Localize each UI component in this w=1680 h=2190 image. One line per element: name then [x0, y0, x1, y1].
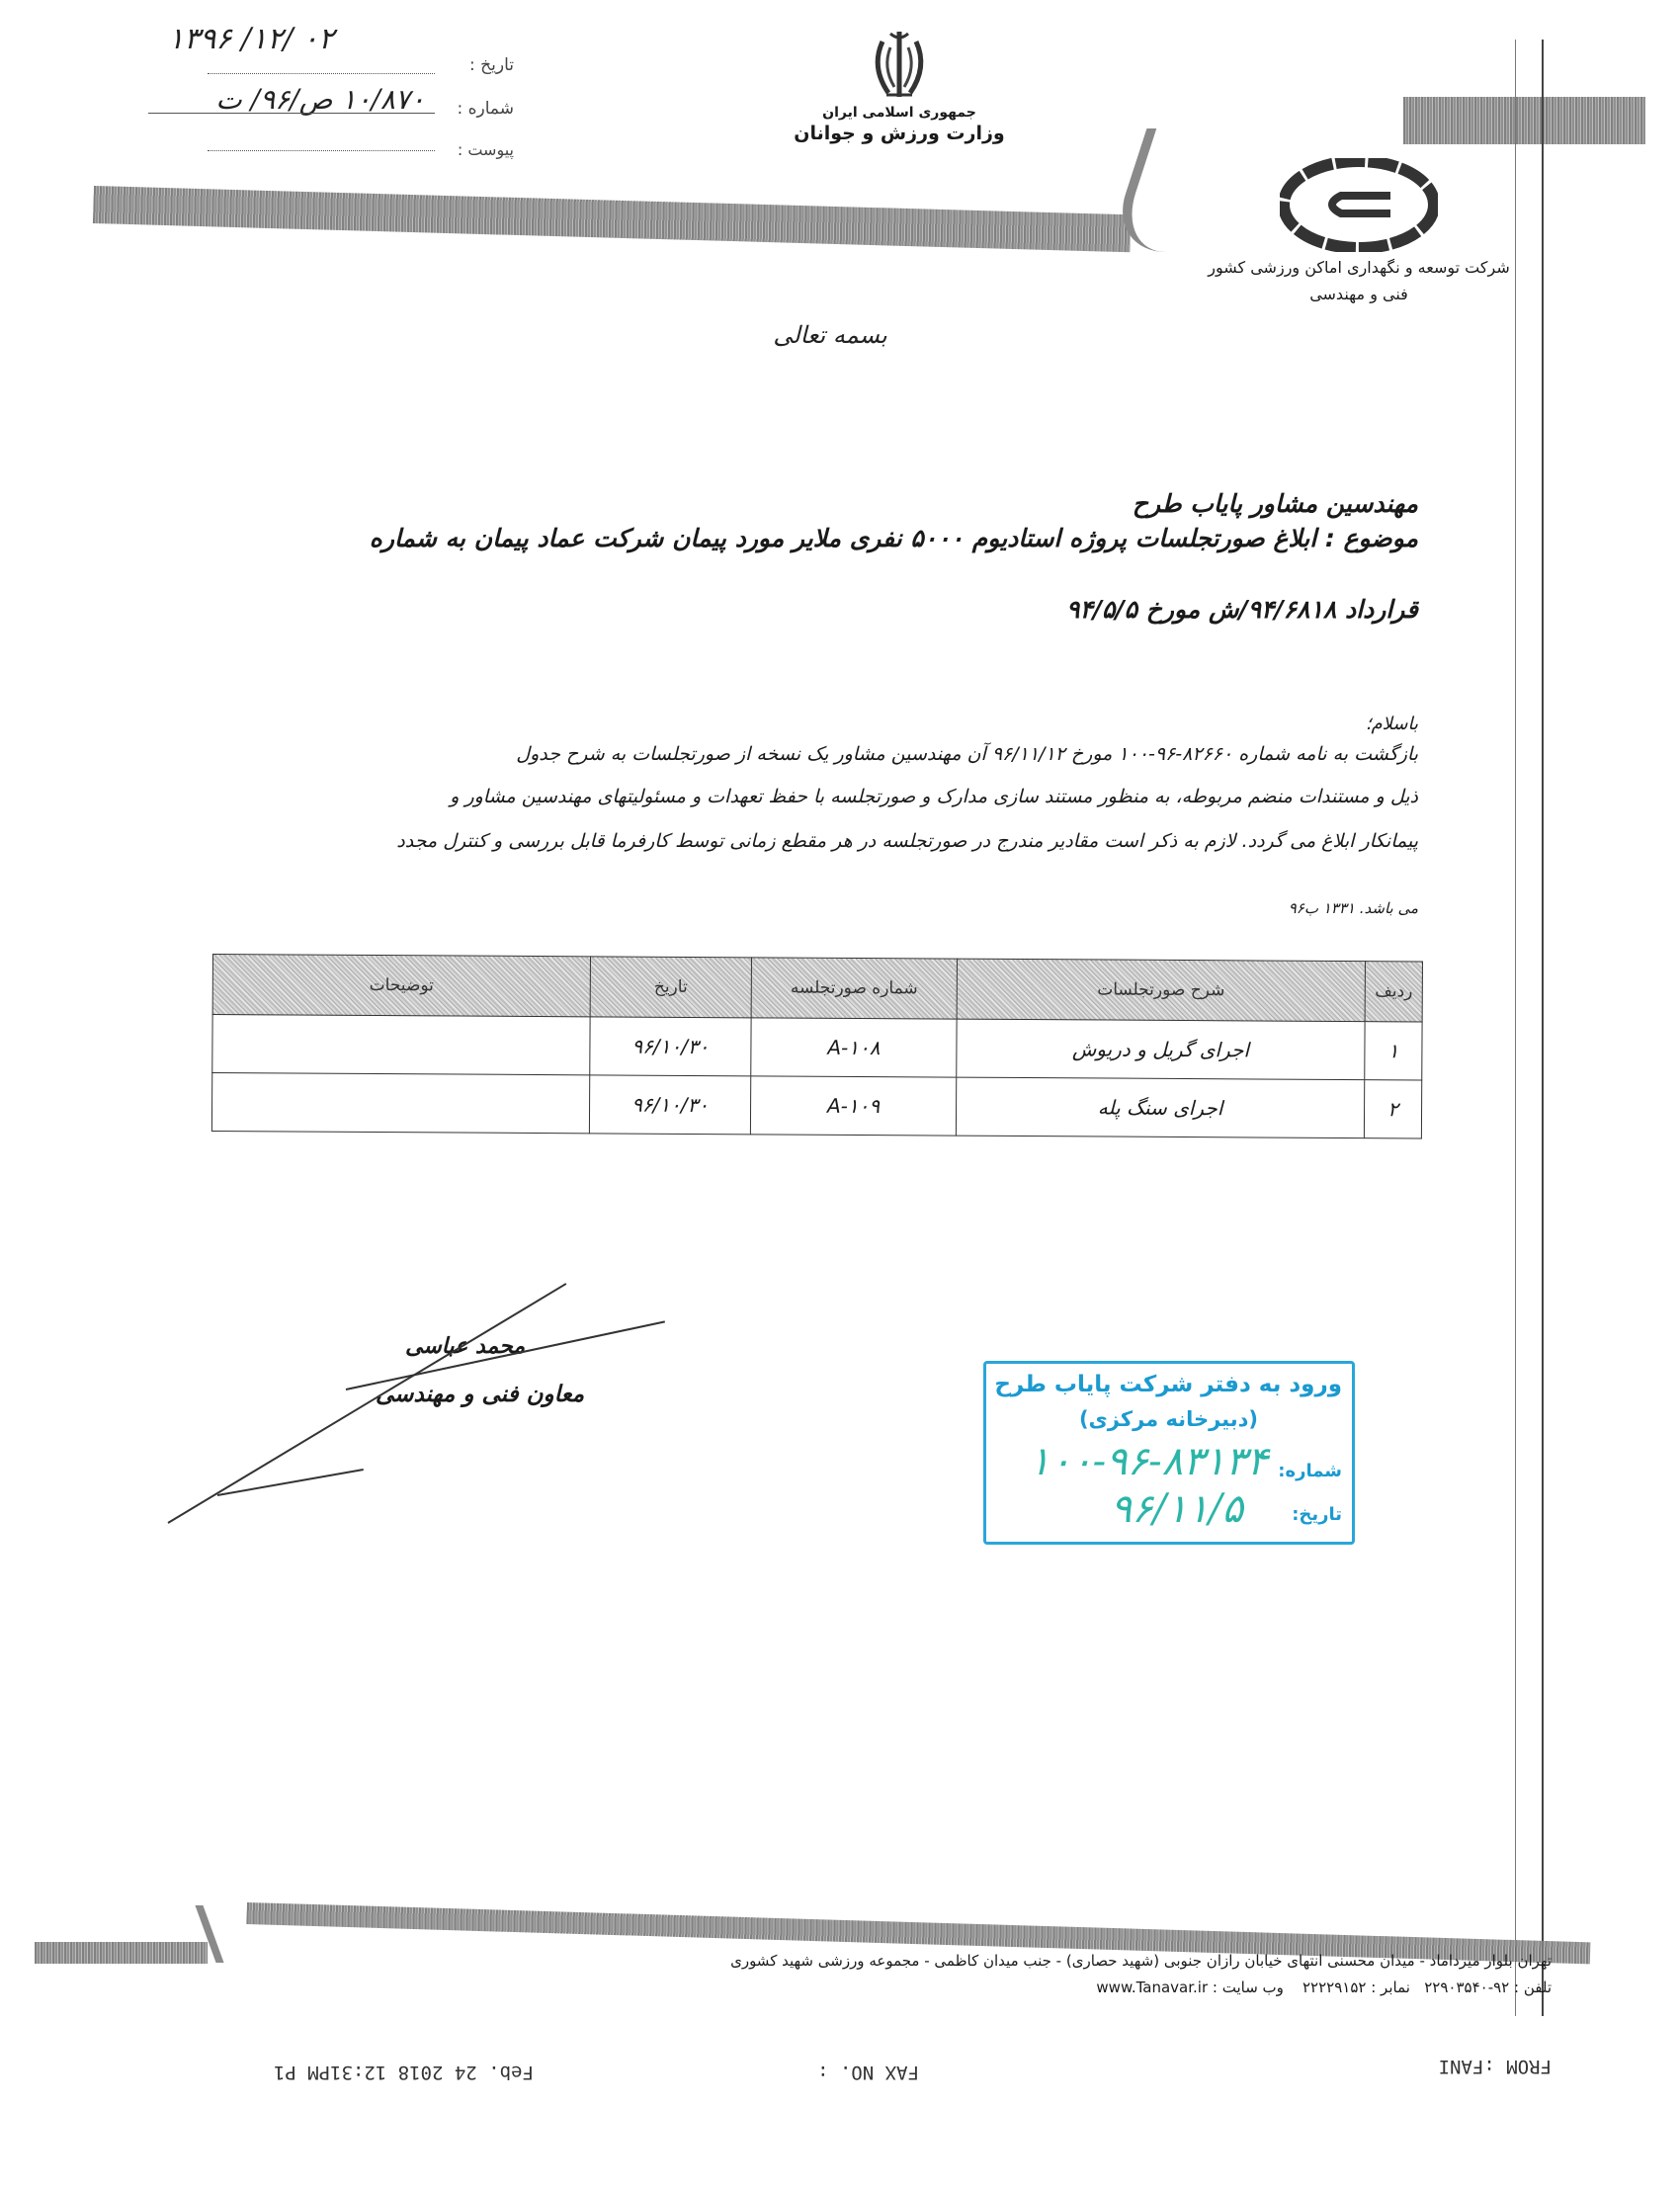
fax-value: ۲۲۲۲۹۱۵۲	[1302, 1979, 1366, 1996]
footer-address: تهران بلوار میرداماد - میدان محسنی انتها…	[730, 1952, 1552, 1970]
signer-title: معاون فنی و مهندسی	[376, 1382, 584, 1407]
table-row: ۲ اجرای سنگ پله A-۱۰۹ ۹۶/۱۰/۳۰	[211, 1073, 1421, 1138]
cell-notes	[211, 1073, 589, 1134]
number-label: شماره :	[458, 99, 515, 119]
cell-notes	[212, 1015, 590, 1075]
date-value: ۱۳۹۶ /۱۲/ ۰۲	[168, 22, 334, 56]
fax-artifact-line	[1542, 40, 1544, 2016]
top-decorative-band-right	[1403, 97, 1645, 144]
stamp-line1: ورود به دفتر شرکت پایاب طرح	[994, 1372, 1342, 1397]
subject: موضوع : ابلاغ صورتجلسات پروژه استادیوم ۵…	[242, 524, 1418, 552]
company-logo-icon	[1280, 158, 1438, 252]
phone-value: ۹۲-۲۲۹۰۳۵۴۰	[1424, 1979, 1509, 1996]
footer-contact: تلفن : ۹۲-۲۲۹۰۳۵۴۰ نمابر : ۲۲۲۲۹۱۵۲ وب س…	[1096, 1979, 1552, 1996]
body-line-4: می باشد. ۱۳۳۱ ب۹۶	[1289, 899, 1418, 917]
ministry-text: وزارت ورزش و جوانان	[781, 123, 1018, 144]
cell-date: ۹۶/۱۰/۳۰	[590, 1017, 751, 1076]
signature-stroke	[346, 1320, 665, 1390]
received-stamp: ورود به دفتر شرکت پایاب طرح (دبیرخانه مر…	[983, 1361, 1355, 1545]
number-value: ۱۰/۸۷۰ ص/۹۶/ ت	[158, 83, 425, 116]
stamp-date-label: تاریخ:	[1292, 1504, 1342, 1525]
bottom-decorative-band-left	[35, 1942, 208, 1964]
date-label: تاریخ :	[469, 55, 514, 75]
cell-row-no: ۱	[1365, 1022, 1422, 1080]
col-date: تاریخ	[590, 957, 751, 1018]
cell-minutes-number: A-۱۰۹	[750, 1076, 956, 1136]
cell-description: اجرای سنگ پله	[956, 1077, 1364, 1138]
fax-label: نمابر :	[1371, 1979, 1410, 1996]
col-description: شرح صورتجلسات	[957, 959, 1365, 1022]
company-header: شرکت توسعه و نگهداری اماکن ورزشی کشور فن…	[1181, 158, 1537, 326]
ministry-header: جمهوری اسلامی ایران وزارت ورزش و جوانان	[781, 28, 1018, 176]
phone-label: تلفن :	[1514, 1979, 1552, 1996]
recipient: مهندسین مشاور پایاب طرح	[1133, 489, 1418, 518]
stamp-number-label: شماره:	[1278, 1461, 1342, 1481]
subject-contract: قرارداد ۹۴/۶۸۱۸/ش مورخ ۹۴/۵/۵	[1066, 595, 1418, 624]
body-line-2: ذیل و مستندات منضم مربوطه، به منظور مستن…	[252, 786, 1418, 807]
signature-block: محمد عباسی معاون فنی و مهندسی	[148, 1285, 741, 1542]
fax-header: FROM :FANI FAX NO. : Feb. 24 2018 12:31P…	[0, 2036, 1680, 2095]
minutes-table: ردیف شرح صورتجلسات شماره صورتجلسه تاریخ …	[211, 954, 1423, 1138]
cell-date: ۹۶/۱۰/۳۰	[589, 1075, 750, 1135]
top-decorative-band	[93, 186, 1132, 252]
cell-minutes-number: A-۱۰۸	[751, 1018, 957, 1077]
salutation-top: بسمه تعالی	[751, 321, 909, 349]
signature-stroke	[217, 1469, 364, 1496]
col-notes: توضیحات	[212, 955, 590, 1017]
table-header-row: ردیف شرح صورتجلسات شماره صورتجلسه تاریخ …	[212, 955, 1422, 1022]
fax-timestamp: Feb. 24 2018 12:31PM P1	[274, 2062, 534, 2083]
website-label: وب سایت :	[1213, 1979, 1284, 1996]
table-row: ۱ اجرای گریل و دریوش A-۱۰۸ ۹۶/۱۰/۳۰	[212, 1015, 1422, 1080]
number-underline	[148, 113, 435, 114]
attachment-label: پیوست :	[458, 140, 514, 159]
stamp-date-value: ۹۶/۱۱/۵	[1111, 1486, 1243, 1532]
body-line-3: پیمانکار ابلاغ می گردد. لازم به ذکر است …	[252, 830, 1418, 852]
cell-description: اجرای گریل و دریوش	[957, 1019, 1365, 1080]
body-line-1: بازگشت به نامه شماره ۸۲۶۶۰-۹۶-۱۰۰ مورخ ۹…	[252, 743, 1418, 765]
attachment-underline	[208, 150, 435, 151]
iran-emblem-icon	[865, 28, 934, 103]
website-link[interactable]: www.Tanavar.ir	[1096, 1979, 1208, 1996]
department-name: فنی و مهندسی	[1181, 285, 1537, 303]
date-underline	[208, 73, 435, 74]
company-name: شرکت توسعه و نگهداری اماکن ورزشی کشور	[1181, 258, 1537, 277]
letter-meta: ۱۳۹۶ /۱۲/ ۰۲ تاریخ : ۱۰/۸۷۰ ص/۹۶/ ت شمار…	[148, 14, 514, 152]
stamp-number-value: ۱۰۰-۹۶-۸۳۱۳۴	[1029, 1439, 1268, 1484]
greeting: باسلام؛	[1366, 714, 1418, 734]
fax-artifact-line	[1515, 40, 1516, 2016]
stamp-line2: (دبیرخانه مرکزی)	[1079, 1407, 1258, 1431]
col-minutes-number: شماره صورتجلسه	[751, 958, 957, 1019]
col-row-no: ردیف	[1365, 962, 1422, 1022]
fax-number: FAX NO. :	[817, 2062, 919, 2083]
fax-from: FROM :FANI	[1439, 2056, 1552, 2077]
republic-text: جمهوری اسلامی ایران	[781, 105, 1018, 121]
cell-row-no: ۲	[1364, 1080, 1421, 1138]
